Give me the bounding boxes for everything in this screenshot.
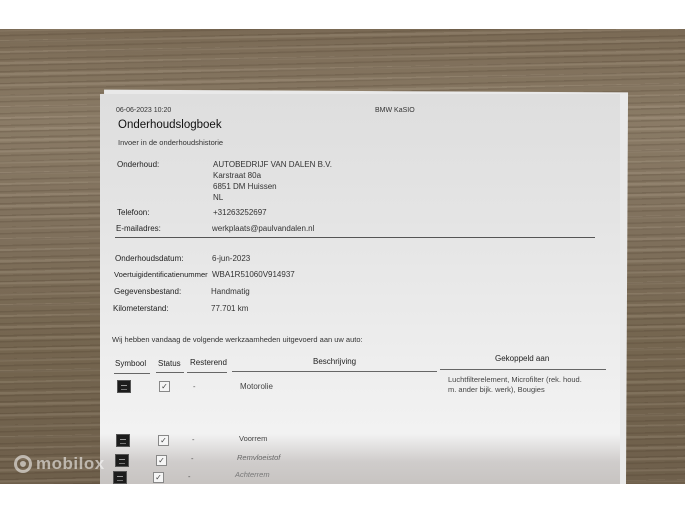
service-date-label: Onderhoudsdatum: (115, 254, 184, 263)
provider-country: NL (213, 193, 223, 202)
provider-city: 6851 DM Huissen (213, 182, 277, 191)
col-description: Beschrijving (313, 357, 356, 366)
watermark-text: mobilox (36, 454, 105, 473)
service-provider-label: Onderhoud: (117, 160, 159, 169)
mileage-label: Kilometerstand: (113, 304, 169, 313)
provider-street: Karstraat 80a (213, 171, 261, 180)
email-label: E-mailadres: (116, 224, 161, 233)
col-linked: Gekoppeld aan (495, 354, 549, 363)
front-brake-icon (116, 434, 130, 447)
description: Motorolie (240, 382, 273, 391)
work-intro: Wij hebben vandaag de volgende werkzaamh… (112, 335, 363, 344)
col-status: Status (158, 359, 181, 368)
linked-line-2: m. ander bijk. werk), Bougies (448, 385, 545, 394)
maintenance-log-sheet: 06-06-2023 10:20 BMW KaSIO Onderhoudslog… (100, 94, 620, 484)
col-remaining: Resterend (190, 358, 227, 367)
description: Achterrem (235, 470, 270, 479)
header-rule (232, 371, 437, 372)
status-checkbox: ✓ (158, 435, 169, 446)
photo: 06-06-2023 10:20 BMW KaSIO Onderhoudslog… (0, 29, 685, 484)
header-rule (440, 369, 606, 370)
email-value: werkplaats@paulvandalen.nl (212, 224, 314, 233)
status-checkbox: ✓ (153, 472, 164, 483)
vin-label: Voertuigidentificatienummer (114, 270, 208, 279)
remaining-value: - (191, 454, 194, 463)
remaining-value: - (188, 472, 191, 481)
phone-value: +31263252697 (213, 208, 267, 217)
header-rule (187, 372, 227, 373)
header-right: BMW KaSIO (375, 107, 415, 114)
brake-fluid-icon (115, 454, 129, 467)
description: Voorrem (239, 434, 267, 443)
mileage-value: 77.701 km (211, 304, 248, 313)
page-title: Onderhoudslogboek (118, 119, 222, 131)
status-checkbox: ✓ (156, 455, 167, 466)
phone-label: Telefoon: (117, 208, 149, 217)
mobilox-watermark: mobilox (14, 454, 105, 474)
status-checkbox: ✓ (159, 381, 170, 392)
remaining-value: - (192, 435, 195, 444)
header-rule (114, 373, 150, 374)
provider-name: AUTOBEDRIJF VAN DALEN B.V. (213, 160, 332, 169)
service-date-value: 6-jun-2023 (212, 254, 250, 263)
vin-value: WBA1R51060V914937 (212, 270, 295, 279)
header-rule (156, 372, 184, 373)
description: Remvloeistof (237, 453, 280, 462)
rear-brake-icon (113, 471, 127, 484)
data-source-label: Gegevensbestand: (114, 287, 181, 296)
print-datetime: 06-06-2023 10:20 (116, 107, 171, 114)
mobilox-logo-icon (14, 455, 32, 473)
remaining-value: - (193, 382, 196, 391)
engine-oil-icon (117, 380, 131, 393)
linked-line-1: Luchtfilterelement, Microfilter (rek. ho… (448, 375, 582, 384)
page-subtitle: Invoer in de onderhoudshistorie (118, 138, 223, 147)
col-symbol: Symbool (115, 359, 146, 368)
data-source-value: Handmatig (211, 287, 250, 296)
divider (115, 237, 595, 238)
